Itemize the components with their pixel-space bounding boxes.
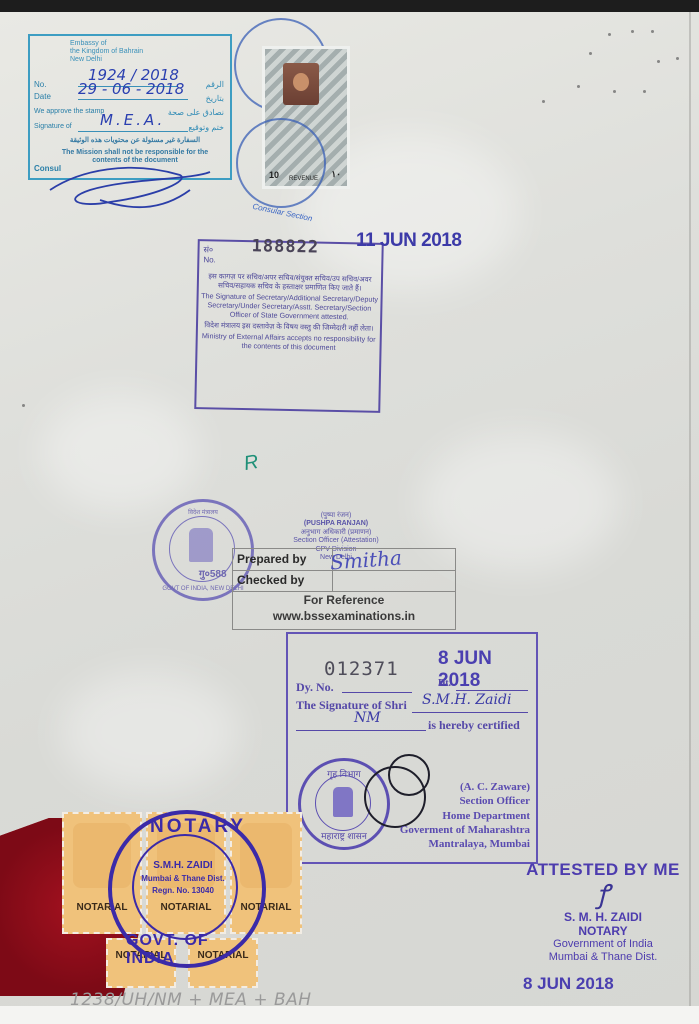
officer-block: (A. C. Zaware) Section Officer Home Depa… [400, 780, 530, 851]
speck [657, 60, 660, 63]
emblem-icon [333, 787, 353, 817]
signature-value: S.M.H. Zaidi [422, 692, 511, 708]
speck [631, 30, 634, 33]
speck [608, 33, 611, 36]
officer-name-hindi: (पुष्पा रंजन) [286, 512, 386, 520]
portrait-image [283, 63, 319, 105]
speck [613, 90, 616, 93]
dt-label: Dt. [438, 678, 451, 689]
officer-govt: Goverment of Maharashtra [400, 823, 530, 837]
underline [412, 712, 528, 713]
seal-bottom-ring: GOVT. OF INDIA [126, 932, 262, 968]
officer-place: Mantralaya, Mumbai [400, 837, 530, 851]
bottom-margin [0, 1006, 699, 1024]
header-line: the Kingdom of Bahrain [70, 48, 143, 56]
hindi-text: इस कागज़ पर सचिव/अपर सचिव/संयुक्त सचिव/उ… [201, 271, 379, 293]
signature-value: M.E.A. [100, 111, 165, 129]
consular-round-seal [236, 118, 326, 208]
attestation-date: 8 JUN 2018 [518, 974, 688, 994]
notary-name: S. M. H. ZAIDI [518, 910, 688, 924]
notary-govt: Government of India [518, 938, 688, 951]
underline [342, 692, 412, 693]
seal-top-text: विदेश मंत्रालय [155, 508, 251, 516]
reference-footer: For Reference www.bssexaminations.in [233, 592, 455, 624]
seal-bottom: महाराष्ट्र शासन [301, 829, 387, 842]
seal-code: गु०588 [199, 566, 227, 580]
notary-name: S.M.H. ZAIDI [138, 860, 228, 871]
stamp-value-arabic: ١٠ [331, 169, 341, 180]
officer-dept: Home Department [400, 809, 530, 823]
arabic-disclaimer: السفارة غير مسئولة عن محتويات هذه الوثيق… [50, 137, 220, 145]
signature-label: Signature of [34, 123, 72, 131]
mea-number: 188822 [251, 236, 319, 259]
underline [296, 730, 426, 731]
header-line: Embassy of [70, 40, 143, 48]
dy-number: 012371 [324, 658, 399, 680]
signature-label: The Signature of Shri [296, 698, 407, 713]
stamp-date: 8 JUN 2018 [438, 648, 536, 692]
glare [40, 392, 200, 512]
speck [22, 404, 25, 407]
no-english: No. [203, 255, 216, 265]
arabic-no-label: الرقم [206, 80, 224, 90]
role-value: NM [354, 710, 381, 726]
arabic-approve-label: نصادق على صحة [168, 108, 224, 118]
underline [78, 131, 188, 132]
underline [456, 690, 528, 691]
attested-heading: ATTESTED BY ME [518, 860, 688, 880]
speck [676, 57, 679, 60]
notary-attestation: ATTESTED BY ME ꝭ S. M. H. ZAIDI NOTARY G… [518, 860, 688, 994]
notary-district: Mumbai & Thane Dist. [138, 874, 228, 883]
reference-link[interactable]: www.bssexaminations.in [233, 608, 455, 624]
checked-by-label: Checked by [233, 570, 333, 591]
certified-label: is hereby certified [428, 718, 520, 733]
date-value: 29 - 06 - 2018 [78, 80, 184, 98]
dy-no-label: Dy. No. [296, 680, 334, 695]
embassy-header: Embassy of the Kingdom of Bahrain New De… [70, 40, 143, 64]
mea-attestation-stamp: सं० No. 188822 इस कागज़ पर सचिव/अपर सचिव… [194, 239, 384, 413]
speck [643, 90, 646, 93]
footer-line: For Reference [233, 592, 455, 608]
english-text: The Signature of Secretary/Additional Se… [200, 291, 379, 322]
notary-signature: ꝭ [518, 880, 688, 910]
arabic-sign-label: ختم وتوقيع [188, 123, 224, 133]
notary-district: Mumbai & Thane Dist. [518, 951, 688, 964]
officer-title: Section Officer [400, 794, 530, 808]
english-disclaimer: Ministry of External Affairs accepts no … [199, 331, 377, 353]
header-line: New Delhi [70, 56, 143, 64]
no-label: No. [34, 80, 46, 90]
officer-name: (A. C. Zaware) [400, 780, 530, 794]
speck [542, 100, 545, 103]
no-hindi: सं० [203, 245, 216, 255]
handwritten-signature: Smitha [329, 546, 402, 575]
officer-title-hindi: अनुभाग अधिकारी (प्रमाणन) [286, 529, 386, 537]
consul-signature [40, 150, 220, 220]
mea-date: 11 JUN 2018 [356, 230, 461, 252]
glare [60, 672, 240, 792]
prepared-by-label: Prepared by [233, 549, 333, 570]
notary-regn: Regn. No. 13040 [138, 886, 228, 895]
page-edge [689, 12, 691, 1024]
approve-label: We approve the stamp [34, 108, 104, 116]
officer-name: (PUSHPA RANJAN) [286, 520, 386, 528]
no-label: सं० No. [203, 245, 216, 265]
notary-title: NOTARY [518, 924, 688, 938]
speck [651, 30, 654, 33]
speck [577, 85, 580, 88]
speck [589, 52, 592, 55]
notary-round-seal: NOTARY S.M.H. ZAIDI Mumbai & Thane Dist.… [108, 810, 266, 968]
date-label: Date [34, 92, 51, 102]
maharashtra-home-dept-stamp: 012371 8 JUN 2018 Dy. No. Dt. The Signat… [286, 632, 538, 864]
officer-title: Section Officer (Attestation) [286, 537, 386, 545]
emblem-icon [189, 528, 213, 562]
arabic-date-label: بتاريخ [206, 94, 224, 104]
top-bar [0, 0, 699, 12]
underline [78, 99, 188, 100]
